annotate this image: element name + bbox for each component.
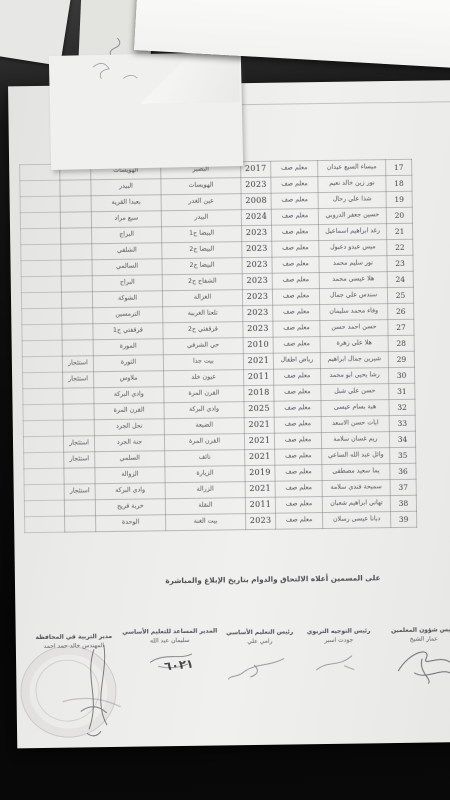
cell-empty bbox=[21, 260, 61, 277]
cell-note bbox=[63, 404, 94, 420]
cell-position: رياض اطفال bbox=[273, 353, 320, 370]
signature-block-4: المدير المساعد للتعليم الأساسي سليمان عب… bbox=[120, 627, 220, 644]
cell-position: معلم صف bbox=[274, 433, 321, 450]
cell-year: 2017 bbox=[241, 161, 271, 177]
signature-icon bbox=[224, 652, 294, 683]
cell-name: شذا علي رحال bbox=[318, 192, 386, 209]
cell-number: 39 bbox=[391, 511, 417, 527]
cell-note bbox=[61, 276, 92, 292]
cell-position: معلم صف bbox=[271, 193, 318, 210]
cell-year: 2023 bbox=[243, 321, 273, 337]
cell-empty bbox=[24, 468, 64, 485]
cell-school: عيون خلد bbox=[164, 370, 244, 387]
signature-title: رئيس شؤون المعلمين bbox=[378, 626, 450, 635]
document-page: 17ميساء السبع عيدانمعلم صف2017البصيرالهو… bbox=[8, 80, 450, 748]
cell-year: 2021 bbox=[244, 417, 274, 433]
signature-name: سليمان عبد الله bbox=[120, 636, 220, 644]
cell-name: سميحة فندي سلامة bbox=[322, 480, 390, 497]
cell-year: 2023 bbox=[242, 225, 272, 241]
cell-empty bbox=[24, 452, 64, 469]
cell-position: معلم صف bbox=[273, 305, 320, 322]
cell-empty bbox=[22, 356, 62, 373]
cell-number: 23 bbox=[387, 255, 413, 271]
cell-year: 2011 bbox=[245, 497, 275, 513]
cell-name: ميساء السبع عيدان bbox=[318, 160, 386, 177]
cell-school: النقلة bbox=[165, 498, 245, 515]
cell-position: معلم صف bbox=[276, 513, 323, 530]
page-fold-line bbox=[218, 101, 450, 105]
cell-note bbox=[65, 516, 96, 532]
cell-year: 2021 bbox=[245, 481, 275, 497]
signature-title: رئيس التعليم الأساسي bbox=[222, 628, 298, 637]
cell-position: معلم صف bbox=[275, 497, 322, 514]
cell-number: 21 bbox=[386, 223, 412, 239]
cell-number: 37 bbox=[390, 479, 416, 495]
cell-position: معلم صف bbox=[271, 161, 318, 178]
cell-number: 33 bbox=[389, 415, 415, 431]
cell-number: 35 bbox=[390, 447, 416, 463]
overlap-sheet bbox=[49, 52, 243, 170]
cell-school: الهويسات bbox=[161, 178, 241, 195]
cell-note bbox=[62, 340, 93, 356]
cell-note: استئجار bbox=[63, 372, 94, 388]
cell-school: عين الغدر bbox=[161, 194, 241, 211]
cell-village: السالمي bbox=[92, 259, 162, 276]
cell-position: معلم صف bbox=[274, 369, 321, 386]
cell-name: حسن علي شبل bbox=[321, 384, 389, 401]
cell-note bbox=[62, 308, 93, 324]
cell-year: 2021 bbox=[245, 449, 275, 465]
cell-village: جنة الجرد bbox=[94, 435, 164, 452]
cell-year: 2024 bbox=[241, 209, 271, 225]
cell-school: البيضا ح1 bbox=[162, 226, 242, 243]
cell-note: استئجار bbox=[64, 484, 95, 500]
roster-table-body: 17ميساء السبع عيدانمعلم صف2017البصيرالهو… bbox=[20, 159, 417, 532]
cell-note bbox=[62, 324, 93, 340]
cell-number: 31 bbox=[389, 383, 415, 399]
cell-name: ايات حسن الاسعد bbox=[321, 416, 389, 433]
cell-school: القرن المرة bbox=[164, 434, 244, 451]
cell-number: 22 bbox=[387, 239, 413, 255]
cell-school: الغزالة bbox=[162, 290, 242, 307]
cell-position: معلم صف bbox=[275, 449, 322, 466]
cell-number: 29 bbox=[388, 351, 414, 367]
cell-number: 18 bbox=[386, 175, 412, 191]
cell-year: 2021 bbox=[244, 433, 274, 449]
cell-name: هلا علي زهرة bbox=[320, 336, 388, 353]
cell-position: معلم صف bbox=[272, 241, 319, 258]
cell-name: ديانا عيسى رسلان bbox=[323, 512, 391, 529]
cell-empty bbox=[20, 212, 60, 229]
cell-village: البيدر bbox=[91, 179, 161, 196]
cell-village: الشلفي bbox=[92, 243, 162, 260]
roster-table: 17ميساء السبع عيدانمعلم صف2017البصيرالهو… bbox=[19, 159, 417, 533]
signature-title: رئيس التوجيه التربوي bbox=[300, 627, 378, 636]
cell-year: 2019 bbox=[245, 465, 275, 481]
signature-block-1: رئيس شؤون المعلمين عمار الشيخ bbox=[378, 626, 450, 643]
cell-position: معلم صف bbox=[273, 321, 320, 338]
cell-name: نور سليم محمد bbox=[319, 256, 387, 273]
cell-position: معلم صف bbox=[271, 177, 318, 194]
cell-village: وادي البركة bbox=[94, 387, 164, 404]
cell-village: سبع مراد bbox=[91, 211, 161, 228]
cell-school: الشفاح ح2 bbox=[162, 274, 242, 291]
cell-number: 30 bbox=[389, 367, 415, 383]
cell-note bbox=[63, 388, 94, 404]
cell-position: معلم صف bbox=[275, 481, 322, 498]
cell-village: السلمي bbox=[95, 451, 165, 468]
cell-number: 17 bbox=[386, 159, 412, 175]
cell-village: نحل الجرد bbox=[94, 419, 164, 436]
footer-note: على المسمين أعلاه الالتحاق والدوام بتاري… bbox=[133, 573, 413, 586]
cell-school: الضيعة bbox=[164, 418, 244, 435]
cell-position: معلم صف bbox=[274, 401, 321, 418]
cell-position: معلم صف bbox=[273, 337, 320, 354]
cell-village: الشوكة bbox=[92, 291, 162, 308]
cell-school: البيضا ح2 bbox=[162, 242, 242, 259]
cell-name: رغد ابراهيم اسماعيل bbox=[319, 224, 387, 241]
cell-empty bbox=[21, 244, 61, 261]
cell-empty bbox=[22, 340, 62, 357]
cell-number: 25 bbox=[387, 287, 413, 303]
cell-school: البيدر bbox=[161, 210, 241, 227]
cell-number: 38 bbox=[390, 495, 416, 511]
cell-name: هبة بسام عيسى bbox=[321, 400, 389, 417]
cell-school: الزيارة bbox=[165, 466, 245, 483]
cell-note: استئجار bbox=[63, 436, 94, 452]
cell-number: 27 bbox=[388, 319, 414, 335]
cell-school: القرن المرة bbox=[164, 386, 244, 403]
cell-number: 32 bbox=[389, 399, 415, 415]
cell-name: هلا عيسى محمد bbox=[319, 272, 387, 289]
cell-year: 2023 bbox=[243, 305, 273, 321]
cell-school: حي الشرقي bbox=[163, 338, 243, 355]
cell-year: 2023 bbox=[242, 257, 272, 273]
cell-note bbox=[60, 180, 91, 196]
cell-name: حسين جعفر الدروبي bbox=[318, 208, 386, 225]
cell-school: نائف bbox=[165, 450, 245, 467]
cell-village: القرن المرة bbox=[94, 403, 164, 420]
cell-note bbox=[64, 500, 95, 516]
cell-empty bbox=[21, 276, 61, 293]
cell-name: رشا يحيى ابو محمد bbox=[321, 368, 389, 385]
cell-name: سندس علي جمال bbox=[319, 288, 387, 305]
cell-position: معلم صف bbox=[271, 209, 318, 226]
signature-name: جودت اسبر bbox=[300, 636, 378, 644]
cell-position: معلم صف bbox=[274, 417, 321, 434]
cell-name: يما سعيد مصطفى bbox=[322, 464, 390, 481]
cell-village: خربة قريح bbox=[95, 499, 165, 516]
cell-empty bbox=[22, 308, 62, 325]
cell-school: تلعتا الغربية bbox=[163, 306, 243, 323]
cell-position: معلم صف bbox=[275, 465, 322, 482]
cell-name: شيرين جمال ابراهيم bbox=[320, 352, 388, 369]
cell-school: وادي البركة bbox=[164, 402, 244, 419]
cell-village: الثورة bbox=[93, 355, 163, 372]
cell-year: 2008 bbox=[241, 193, 271, 209]
cell-note: استئجار bbox=[62, 356, 93, 372]
cell-year: 2018 bbox=[244, 385, 274, 401]
cell-village: بعبدا القرية bbox=[91, 195, 161, 212]
signature-name: عمار الشيخ bbox=[378, 635, 450, 643]
cell-name: وائل عبد الله الساعي bbox=[322, 448, 390, 465]
cell-village: المورة bbox=[93, 339, 163, 356]
cell-note bbox=[61, 292, 92, 308]
cell-empty bbox=[21, 292, 61, 309]
cell-note bbox=[60, 196, 91, 212]
cell-year: 2021 bbox=[243, 353, 273, 369]
cell-note bbox=[61, 260, 92, 276]
official-stamp-icon bbox=[20, 645, 117, 738]
cell-empty bbox=[23, 388, 63, 405]
cell-number: 19 bbox=[386, 191, 412, 207]
cell-year: 2023 bbox=[242, 241, 272, 257]
cell-note bbox=[64, 468, 95, 484]
cell-note bbox=[63, 420, 94, 436]
cell-empty bbox=[23, 404, 63, 421]
cell-village: الترمسين bbox=[93, 307, 163, 324]
cell-year: 2023 bbox=[242, 273, 272, 289]
cell-empty bbox=[25, 516, 65, 533]
cell-year: 2023 bbox=[246, 513, 276, 529]
signature-icon bbox=[392, 644, 450, 685]
cell-position: معلم صف bbox=[272, 273, 319, 290]
cell-position: معلم صف bbox=[272, 257, 319, 274]
cell-village: البراج bbox=[92, 227, 162, 244]
cell-note bbox=[61, 228, 92, 244]
cell-position: معلم صف bbox=[274, 385, 321, 402]
cell-school: البيضا ح2 bbox=[162, 258, 242, 275]
cell-village: وادي البركة bbox=[95, 483, 165, 500]
cell-note bbox=[60, 212, 91, 228]
cell-school: بيت الغنة bbox=[166, 514, 246, 531]
cell-empty bbox=[21, 228, 61, 245]
signature-title: مدير التربية في المحافظة bbox=[22, 633, 126, 642]
cell-note: استئجار bbox=[64, 452, 95, 468]
signature-block-2: رئيس التوجيه التربوي جودت اسبر bbox=[300, 627, 378, 644]
cell-number: 36 bbox=[390, 463, 416, 479]
cell-note bbox=[61, 244, 92, 260]
cell-year: 2010 bbox=[243, 337, 273, 353]
cell-position: معلم صف bbox=[272, 289, 319, 306]
signature-icon bbox=[308, 649, 368, 676]
cell-village: قرقفتي ح1 bbox=[93, 323, 163, 340]
cell-empty bbox=[24, 500, 64, 517]
signature-name: رامي علي bbox=[222, 637, 298, 645]
cell-name: حسن احمد حسن bbox=[320, 320, 388, 337]
cell-name: ريم غسان سلامة bbox=[321, 432, 389, 449]
roster-table-wrap: 17ميساء السبع عيدانمعلم صف2017البصيرالهو… bbox=[19, 159, 416, 533]
cell-empty bbox=[24, 484, 64, 501]
cell-village: الزوالة bbox=[95, 467, 165, 484]
cell-name: تهاني ابراهيم شعبان bbox=[322, 496, 390, 513]
cell-village: البراح bbox=[92, 275, 162, 292]
cell-number: 28 bbox=[388, 335, 414, 351]
cell-name: ميس عبدو دعبول bbox=[319, 240, 387, 257]
cell-number: 26 bbox=[388, 303, 414, 319]
cell-name: نور زين خالد نعيم bbox=[318, 176, 386, 193]
cell-number: 24 bbox=[387, 271, 413, 287]
cell-number: 34 bbox=[389, 431, 415, 447]
cell-position: معلم صف bbox=[272, 225, 319, 242]
cell-village: ملاوس bbox=[94, 371, 164, 388]
cell-empty bbox=[20, 180, 60, 197]
fold-corner bbox=[139, 50, 240, 104]
cell-year: 2025 bbox=[244, 401, 274, 417]
official-stamp-inner-icon bbox=[35, 659, 100, 722]
handwritten-numerals: ٦٠٢١ bbox=[164, 657, 195, 674]
cell-empty bbox=[22, 324, 62, 341]
cell-empty bbox=[23, 420, 63, 437]
cell-school: قرقفتي ح2 bbox=[163, 322, 243, 339]
cell-number: 20 bbox=[386, 207, 412, 223]
cell-empty bbox=[20, 196, 60, 213]
cell-year: 2023 bbox=[241, 177, 271, 193]
cell-empty bbox=[23, 372, 63, 389]
cell-village: الوحدة bbox=[96, 515, 166, 532]
cell-year: 2023 bbox=[242, 289, 272, 305]
cell-school: الزرالة bbox=[165, 482, 245, 499]
signature-title: المدير المساعد للتعليم الأساسي bbox=[120, 627, 220, 636]
cell-year: 2011 bbox=[244, 369, 274, 385]
cell-empty bbox=[23, 436, 63, 453]
cell-school: بيت جدا bbox=[163, 354, 243, 371]
pen-marks-icon bbox=[83, 56, 154, 97]
cell-name: وفاء محمد سليمان bbox=[320, 304, 388, 321]
signature-block-3: رئيس التعليم الأساسي رامي علي bbox=[222, 628, 298, 645]
